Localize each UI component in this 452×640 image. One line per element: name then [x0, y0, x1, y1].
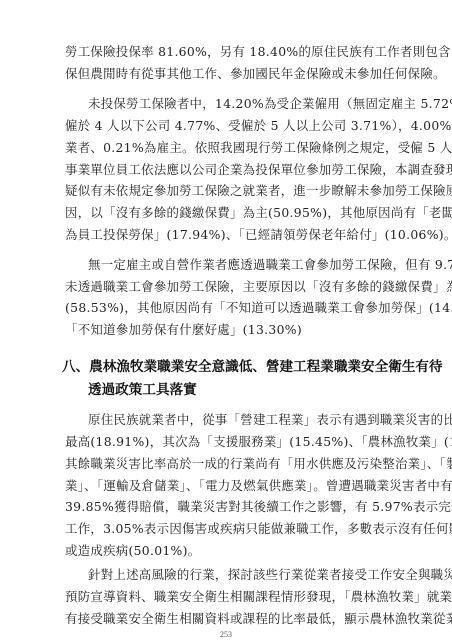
text-line: 保但農閒時有從事其他工作、參加國民年金保險或未參加任何保險。 [65, 66, 397, 82]
document-page: 勞工保險投保率 81.60%，另有 18.40%的原住民族有工作者則包含參加農 … [0, 0, 452, 640]
text-line: 有接受職業安全衛生相關資料或課程的比率最低，顯示農林漁牧業從業 [65, 611, 397, 627]
text-line: 僱於 4 人以下公司 4.77%、受僱於 5 人以上公司 3.71%），4.00… [65, 118, 397, 134]
page-number: 253 [0, 630, 452, 639]
text-line: 39.85%獲得賠償，職業災害對其後續工作之影響，有 5.97%表示完全不能 [65, 499, 397, 515]
text-line: 因，以「沒有多餘的錢繳保費」為主(50.95%)，其他原因尚有「老闆拒絕 [65, 205, 397, 221]
text-line: 或造成疾病(50.01%)。 [65, 543, 397, 559]
text-line: 勞工保險投保率 81.60%，另有 18.40%的原住民族有工作者則包含參加農 [65, 44, 397, 60]
text-line: (58.53%)，其他原因尚有「不知道可以透過職業工會參加勞保」(14.24%)… [65, 300, 397, 316]
text-line: 工作，3.05%表示因傷害或疾病只能做兼職工作，多數表示沒有任何影響 [65, 521, 397, 537]
text-line: 為員工投保勞保」(17.94%)、「已經請領勞保老年給付」(10.06%)。 [65, 227, 397, 243]
text-line: 預防宣導資料、職業安全衛生相關課程情形發現，「農林漁牧業」就業者 [65, 589, 397, 605]
heading-line: 八、農林漁牧業職業安全意識低、營建工程業職業安全衛生有待 [62, 358, 397, 376]
text-line: 事業單位員工依法應以公司企業為投保單位參加勞工保險，本調查發現 [65, 162, 397, 178]
heading-line: 透過政策工具落實 [88, 381, 197, 399]
text-line: 針對上述高風險的行業，探討該些行業從業者接受工作安全與職災 [88, 567, 397, 583]
text-line: 疑似有未依規定參加勞工保險之就業者，進一步瞭解未參加勞工保險原 [65, 183, 397, 199]
text-line: 未投保勞工保險者中，14.20%為受企業僱用（無固定雇主 5.72%、受 [88, 96, 397, 112]
text-line: 無一定雇主或自營作業者應透過職業工會參加勞工保險，但有 9.72% [88, 257, 397, 273]
text-line: 原住民族就業者中，從事「營建工程業」表示有遇到職業災害的比率 [88, 412, 397, 428]
text-line: 「不知道參加勞保有什麼好處」(13.30%) [65, 322, 397, 338]
text-line: 其餘職業災害比率高於一成的行業尚有「用水供應及污染整治業」、「製造 [65, 456, 397, 472]
text-line: 未透過職業工會參加勞工保險，主要原因以「沒有多餘的錢繳保費」為主 [65, 279, 397, 295]
text-line: 最高(18.91%)，其次為「支援服務業」(15.45%)、「農林漁牧業」(15… [65, 434, 397, 450]
text-line: 業者、0.21%為雇主。依照我國現行勞工保險條例之規定，受僱 5 人以上 [65, 140, 397, 156]
text-line: 業」、「運輸及倉儲業」、「電力及燃氣供應業」。曾遭遇職業災害者中有 [65, 478, 397, 494]
